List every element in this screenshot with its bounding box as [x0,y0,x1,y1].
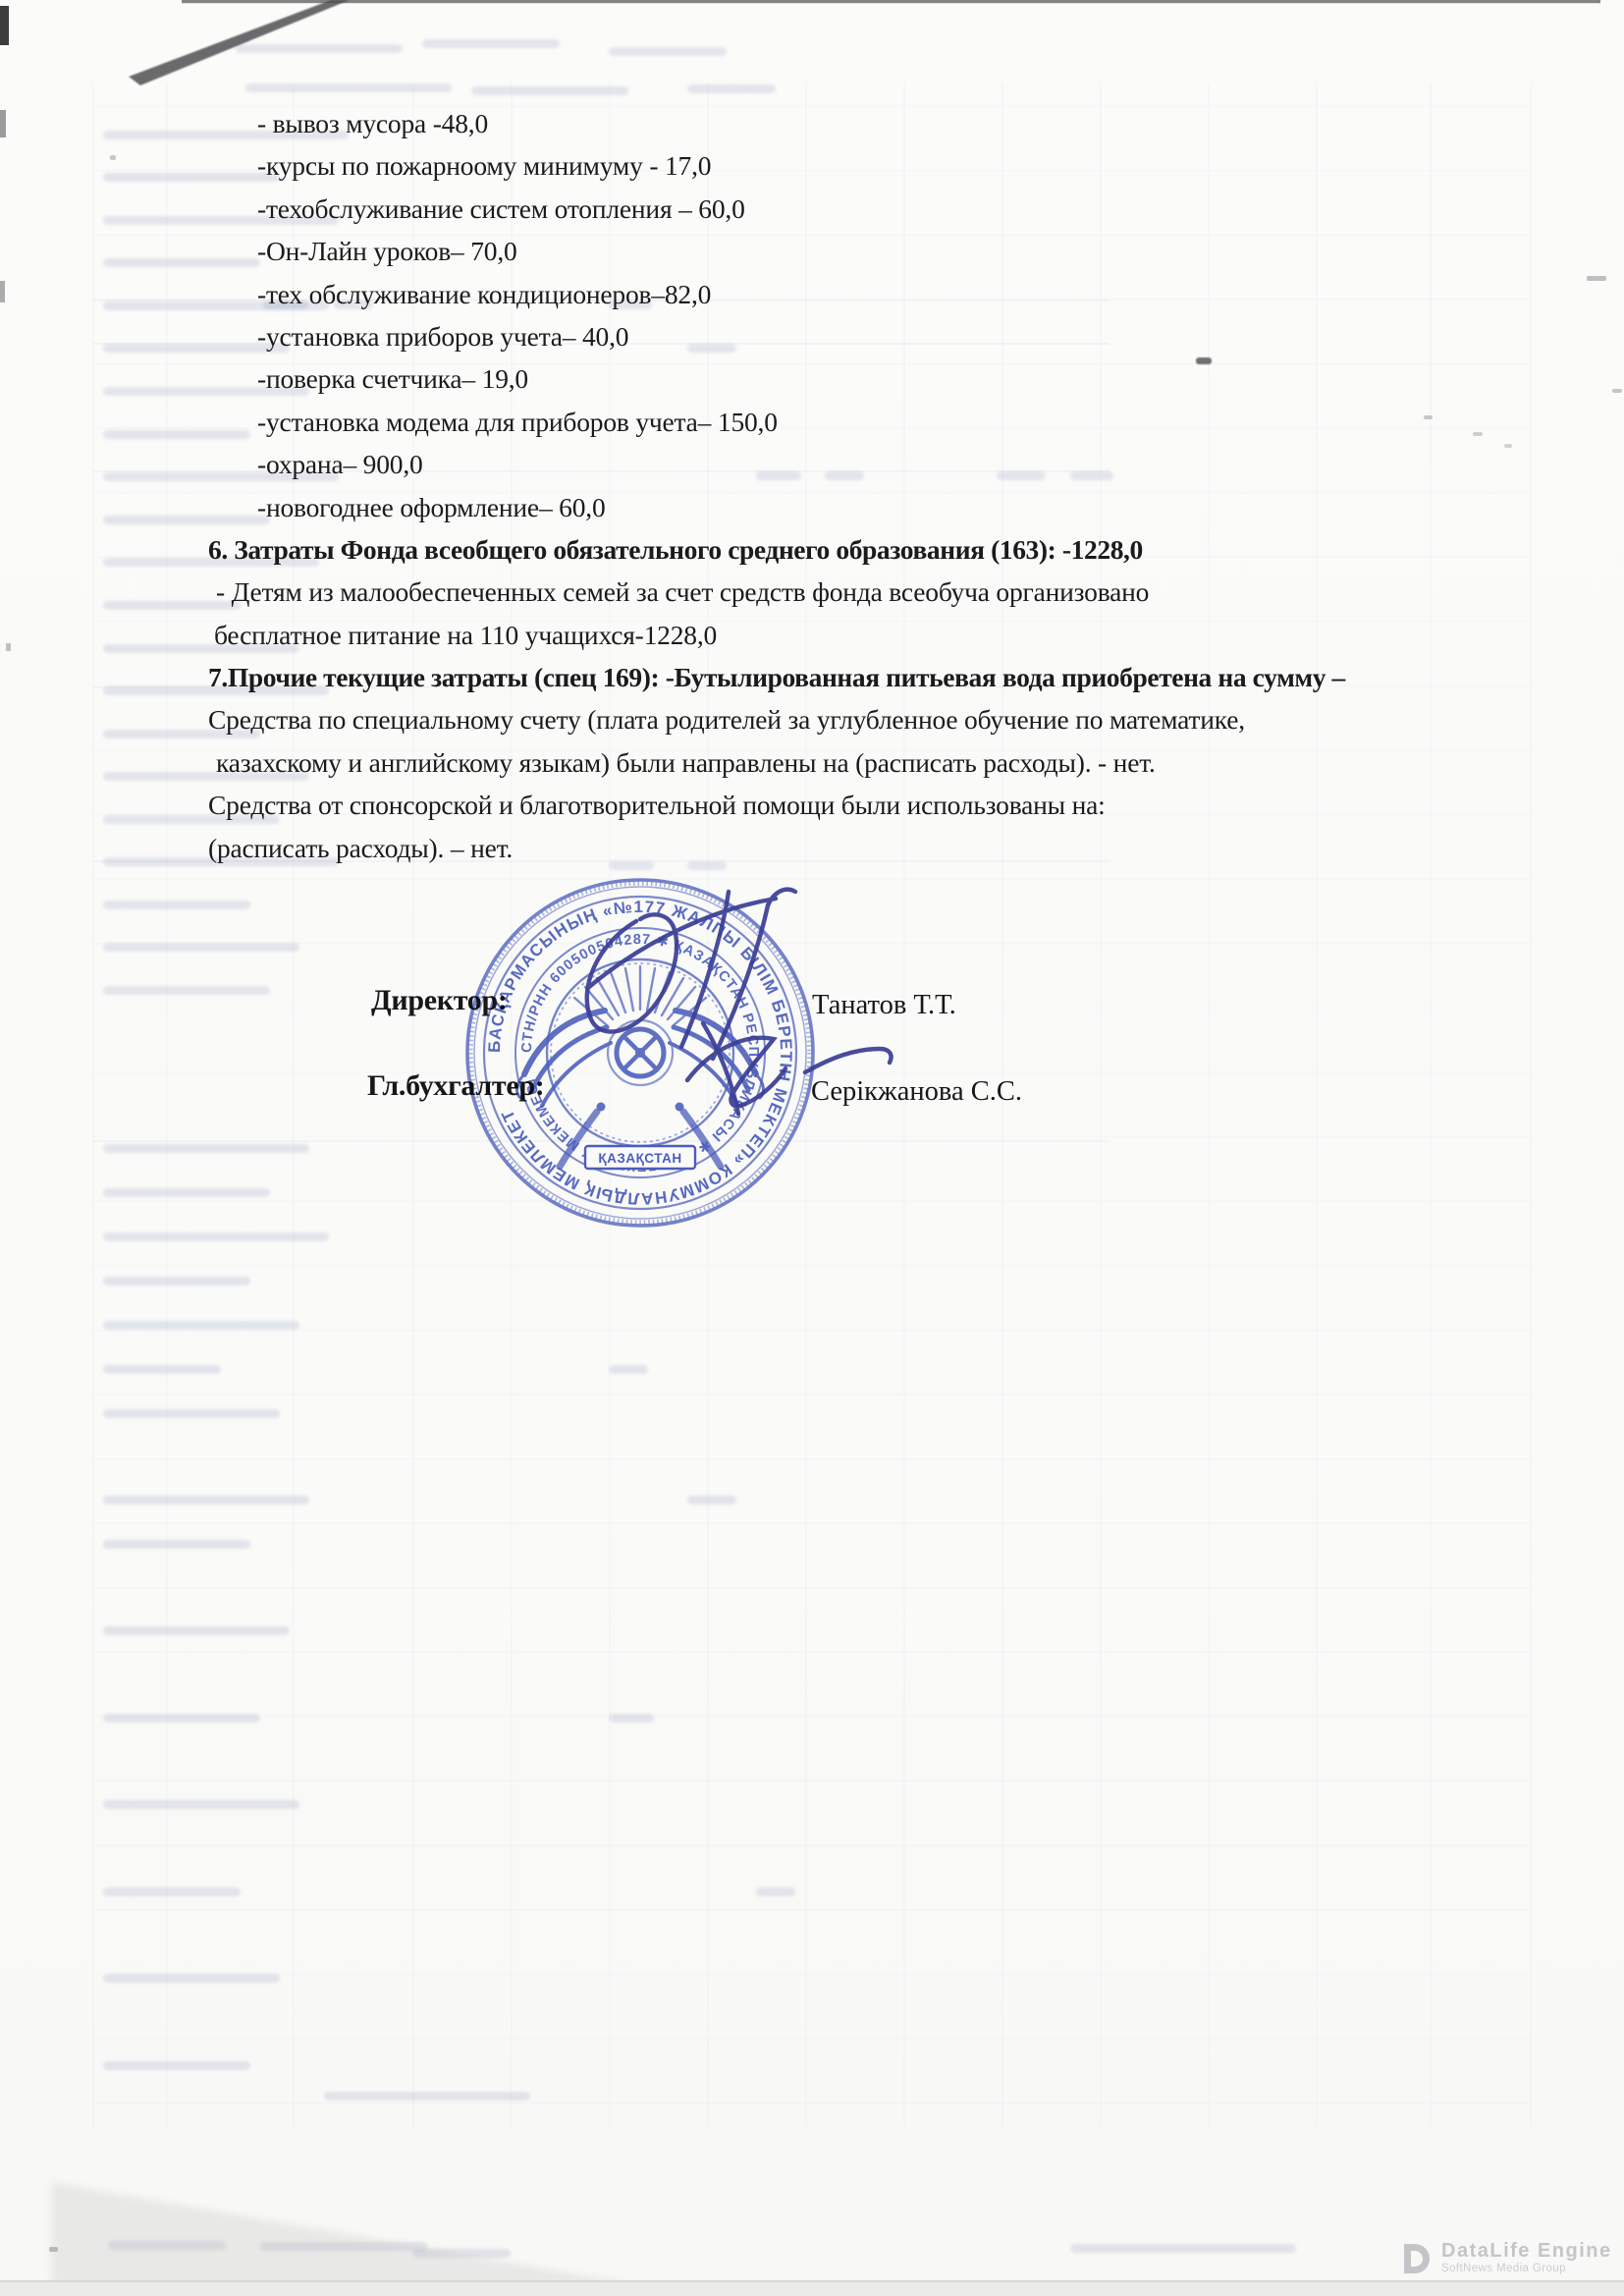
bleed-through-text-smudge [103,1496,309,1504]
bleed-through-text-smudge [236,44,403,53]
left-edge-mark [0,6,9,45]
bleed-through-text-smudge [412,2249,511,2258]
ink-speck [1424,415,1433,419]
svg-text:ҚАЗАҚСТАН: ҚАЗАҚСТАН [598,1151,681,1166]
section7-heading: 7.Прочие текущие затраты (спец 169): -Бу… [208,656,1345,698]
ink-speck [1612,389,1622,393]
bleed-through-text-smudge [609,1365,648,1374]
bleed-through-text-smudge [103,1321,299,1330]
bleed-through-text-smudge [103,1626,290,1635]
ink-speck [110,155,116,160]
scanner-bottom-edge [0,2280,1624,2282]
expense-line: -новогоднее оформление– 60,0 [208,486,1345,528]
bleed-through-text-smudge [103,986,270,995]
bleed-through-text-smudge [103,943,299,952]
bleed-through-text-smudge [471,86,628,95]
left-edge-mark [6,643,11,651]
scanner-bottom-strip [0,2282,1624,2296]
pen-scratch-mark [129,0,350,85]
section6-heading: 6. Затраты Фонда всеобщего обязательного… [208,528,1345,571]
bleed-through-text-smudge [103,1409,280,1418]
bleed-through-text-smudge [103,1144,309,1153]
watermark-title: DataLife Engine [1441,2241,1612,2261]
expense-line: -техобслуживание систем отопления – 60,0 [208,188,1345,230]
ink-speck [1473,432,1483,436]
expense-line: - вывоз мусора -48,0 [208,102,1345,144]
bleed-through-text-smudge [1070,2244,1296,2253]
bleed-through-text-smudge [687,1496,736,1504]
section7-line: казахскому и английскому языкам) были на… [208,741,1345,784]
bleed-through-text-smudge [103,1800,299,1809]
scanner-top-edge [182,0,1600,3]
bleed-through-text-smudge [245,83,452,92]
section7-line: (расписать расходы). – нет. [208,827,1345,869]
bleed-through-text-smudge [103,1277,250,1285]
expense-line: -Он-Лайн уроков– 70,0 [208,230,1345,272]
expense-line: -охрана– 900,0 [208,443,1345,485]
bleed-through-text-smudge [103,1974,280,1983]
ink-speck [49,2247,58,2252]
bleed-through-text-smudge [609,47,727,56]
section7-line: Средства по специальному счету (плата ро… [208,698,1345,740]
section6-line: - Детям из малообеспеченных семей за сче… [208,571,1345,613]
bleed-through-text-smudge [687,84,776,93]
expense-line: -установка модема для приборов учета– 15… [208,401,1345,443]
bleed-through-text-smudge [103,1714,260,1722]
bleed-through-text-smudge [756,1887,795,1896]
expense-line: -тех обслуживание кондиционеров–82,0 [208,273,1345,315]
official-seal-stamp: БАСҚАРМАСЫНЫҢ «№177 ЖАЛПЫ БІЛІМ БЕРЕТІН … [458,870,948,1263]
ink-speck [1504,444,1512,448]
bleed-through-text-smudge [103,1365,221,1374]
bleed-through-text-smudge [422,39,560,48]
section6-line: бесплатное питание на 110 учащихся-1228,… [208,614,1345,656]
bleed-through-text-smudge [103,1232,329,1241]
bleed-through-text-smudge [609,1714,654,1722]
left-edge-mark [0,281,5,302]
scanned-document-page: { "document": { "expense_items": [ "- вы… [0,0,1624,2296]
right-edge-mark [1587,276,1606,281]
bleed-through-text-smudge [103,1887,241,1896]
expense-line: -курсы по пожарноому минимуму - 17,0 [208,144,1345,187]
bleed-through-text-smudge [108,2241,226,2250]
expense-line: -поверка счетчика– 19,0 [208,357,1345,400]
watermark: DataLife Engine SoftNews Media Group [1398,2241,1612,2276]
bleed-through-text-smudge [103,1540,250,1549]
document-body: - вывоз мусора -48,0-курсы по пожарноому… [208,102,1345,869]
watermark-subtitle: SoftNews Media Group [1441,2263,1612,2274]
seal-banner: ҚАЗАҚСТАН [585,1146,695,1169]
left-edge-mark [0,110,6,137]
expense-line: -установка приборов учета– 40,0 [208,315,1345,357]
corner-fold-shadow [51,2182,677,2292]
expense-list: - вывоз мусора -48,0-курсы по пожарноому… [208,102,1345,528]
bleed-through-text-smudge [103,901,250,909]
section7-line: Средства от спонсорской и благотворитель… [208,784,1345,826]
bleed-through-text-smudge [103,1188,270,1197]
bleed-through-text-smudge [103,2061,250,2070]
datalife-logo-icon [1398,2241,1434,2276]
bleed-through-text-smudge [324,2092,530,2101]
bleed-through-text-smudge [260,2242,427,2251]
